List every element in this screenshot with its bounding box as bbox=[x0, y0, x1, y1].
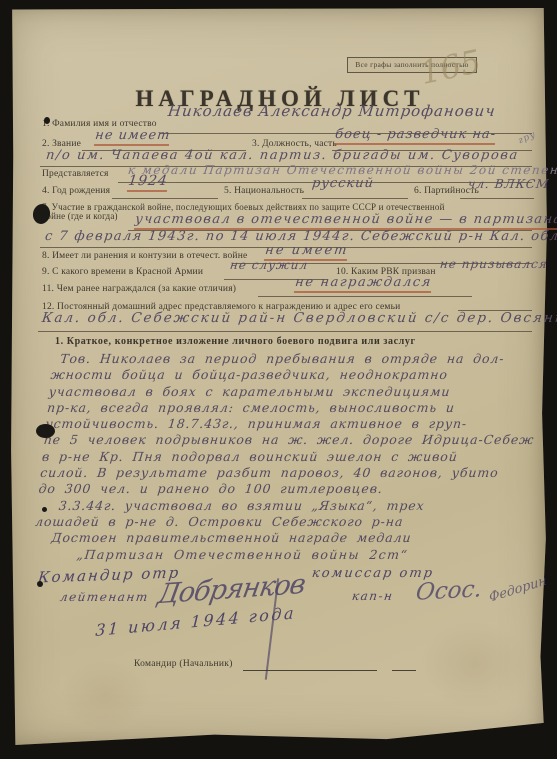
field-3-value-line2: п/о им. Чапаева 4ой кал. партиз. бригады… bbox=[45, 148, 520, 163]
field-11-value: не награждался bbox=[294, 275, 433, 293]
scanned-document-page: Все графы заполнить полностью 165 НАГРАД… bbox=[0, 0, 557, 759]
ink-blot bbox=[36, 424, 55, 438]
feat-line: Тов. Николаев за период пребывания в отр… bbox=[51, 351, 551, 367]
field-2-value: не имеет bbox=[94, 128, 171, 146]
footer-signature-line bbox=[243, 670, 377, 671]
feat-line: в р-не Кр. Пня подорвал воинский эшелон … bbox=[41, 449, 541, 465]
ink-blot bbox=[37, 581, 43, 587]
feat-line: пр-ка, всегда проявлял: смелость, выносл… bbox=[46, 400, 546, 416]
field-10-value: не призывался bbox=[439, 257, 548, 271]
feat-line: Достоен правительственной награде медали bbox=[33, 530, 533, 546]
field-4-label: 4. Год рождения bbox=[42, 186, 110, 196]
field-5-label: 5. Национальность bbox=[224, 186, 304, 196]
footer-commander-label: Командир (Начальник) bbox=[134, 659, 233, 669]
commissar-rank: кап-н bbox=[351, 589, 394, 603]
ink-blot bbox=[42, 507, 47, 512]
field-12-value: Кал. обл. Себежский рай-н Свердловский с… bbox=[41, 310, 557, 326]
feat-section-heading: 1. Краткое, конкретное изложение личного… bbox=[55, 336, 416, 347]
feat-line: 3.3.44г. участвовал во взятии „Языка“, т… bbox=[36, 498, 536, 514]
footer-signature-dash bbox=[392, 670, 416, 671]
feat-line: участвовал в боях с карательными экспеди… bbox=[48, 384, 548, 400]
presented-for-value: к медали Партизан Отечественной войны 2о… bbox=[127, 163, 557, 177]
field-9-value: не служил bbox=[229, 258, 309, 272]
ink-blot bbox=[44, 117, 50, 124]
commissar-title: комиссар отр bbox=[311, 566, 435, 581]
field-6-value: чл. ВЛКСМ bbox=[467, 177, 550, 191]
form-line bbox=[112, 198, 218, 199]
feat-description-text: Тов. Николаев за период пребывания в отр… bbox=[31, 351, 551, 563]
field-5-value: русский bbox=[311, 176, 375, 191]
feat-line: силой. В результате разбит паровоз, 40 в… bbox=[39, 465, 539, 481]
feat-line: пе 5 человек подрывников на ж. жел. доро… bbox=[43, 432, 543, 448]
field-7-value: участвовал в отечественной войне — в пар… bbox=[134, 212, 557, 230]
field-7-label-line2: войне (где и когда) bbox=[42, 211, 118, 221]
field-3-value: боец - разведчик на- bbox=[334, 127, 497, 145]
form-line bbox=[38, 331, 532, 332]
feat-line: до 300 чел. и ранено до 100 гитлеровцев. bbox=[38, 481, 538, 497]
field-7-value-line2: с 7 февраля 1943г. по 14 июля 1944г. Себ… bbox=[44, 229, 557, 244]
feat-line: „Партизан Отечественной войны 2ст“ bbox=[31, 547, 531, 563]
commander-rank: лейтенант bbox=[59, 590, 150, 604]
form-line bbox=[302, 198, 408, 199]
form-line bbox=[258, 296, 472, 297]
feat-line: жности бойца и бойца-разведчика, неоднок… bbox=[50, 367, 550, 383]
presented-for-label: Представляется bbox=[42, 169, 109, 179]
field-9-label: 9. С какого времени в Красной Армии bbox=[42, 267, 203, 277]
feat-line: устойчивость. 18.7.43г., принимая активн… bbox=[45, 416, 545, 432]
feat-line: лошадей в р-не д. Островки Себежского р-… bbox=[34, 514, 534, 530]
field-11-label: 11. Чем ранее награждался (за какие отли… bbox=[42, 284, 236, 294]
field-4-value: 1924 bbox=[127, 173, 169, 192]
commissar-signature: Осос. bbox=[414, 576, 483, 606]
field-8-label: 8. Имеет ли ранения и контузии в отечест… bbox=[42, 251, 247, 261]
field-1-value: Николаев Александр Митрофанович bbox=[167, 102, 497, 120]
form-line bbox=[460, 198, 534, 199]
